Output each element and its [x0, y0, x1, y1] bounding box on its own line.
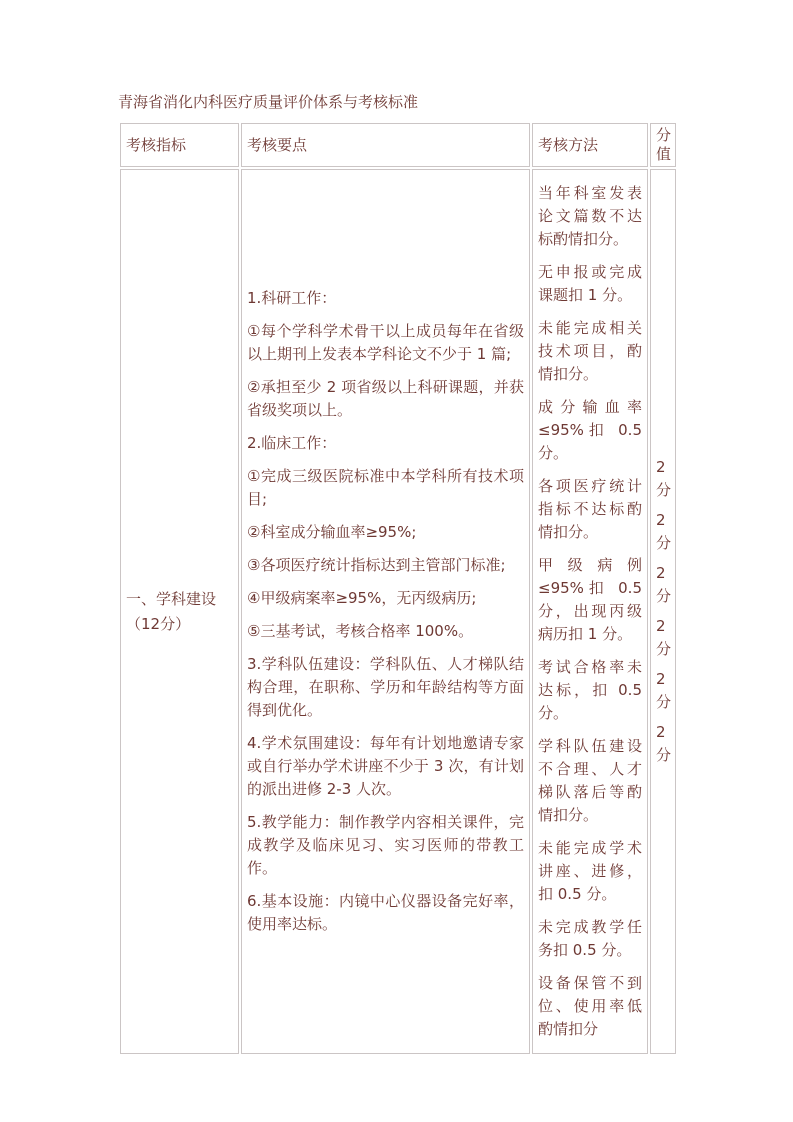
indicator-cell: 一、学科建设（12分）	[120, 169, 239, 1054]
score-value: 2 分	[656, 615, 670, 661]
method-paragraph: 甲级病例≤95%扣 0.5 分，出现丙级病历扣 1 分。	[538, 554, 642, 646]
header-key-points: 考核要点	[241, 123, 530, 167]
key-point-paragraph: 1.科研工作：	[247, 287, 524, 310]
key-point-paragraph: 4.学术氛围建设：每年有计划地邀请专家或自行举办学术讲座不少于 3 次，有计划的…	[247, 732, 524, 801]
key-points-cell: 1.科研工作： ①每个学科学术骨干以上成员每年在省级以上期刊上发表本学科论文不少…	[241, 169, 530, 1054]
header-method: 考核方法	[532, 123, 648, 167]
method-paragraph: 成分输血率≤95%扣 0.5 分。	[538, 396, 642, 465]
method-paragraph: 无申报或完成课题扣 1 分。	[538, 261, 642, 307]
score-value: 2 分	[656, 456, 670, 502]
table-row: 一、学科建设（12分） 1.科研工作： ①每个学科学术骨干以上成员每年在省级以上…	[120, 169, 676, 1054]
assessment-table: 考核指标 考核要点 考核方法 分值 一、学科建设（12分） 1.科研工作： ①每…	[118, 121, 678, 1056]
method-paragraph: 各项医疗统计指标不达标酌情扣分。	[538, 475, 642, 544]
key-point-paragraph: 2.临床工作：	[247, 432, 524, 455]
method-paragraph: 设备保管不到位、使用率低酌情扣分	[538, 972, 642, 1041]
table-header-row: 考核指标 考核要点 考核方法 分值	[120, 123, 676, 167]
key-point-paragraph: ②承担至少 2 项省级以上科研课题，并获省级奖项以上。	[247, 376, 524, 422]
key-point-paragraph: ③各项医疗统计指标达到主管部门标准;	[247, 554, 524, 577]
key-point-paragraph: ①完成三级医院标准中本学科所有技术项目;	[247, 465, 524, 511]
key-point-paragraph: ①每个学科学术骨干以上成员每年在省级以上期刊上发表本学科论文不少于 1 篇;	[247, 320, 524, 366]
methods-cell: 当年科室发表论文篇数不达标酌情扣分。 无申报或完成课题扣 1 分。 未能完成相关…	[532, 169, 648, 1054]
method-paragraph: 当年科室发表论文篇数不达标酌情扣分。	[538, 182, 642, 251]
document-page: 青海省消化内科医疗质量评价体系与考核标准 考核指标 考核要点 考核方法 分值 一…	[118, 92, 678, 1056]
score-value: 2 分	[656, 721, 670, 767]
score-value: 2 分	[656, 668, 670, 714]
method-paragraph: 学科队伍建设不合理、人才梯队落后等酌情扣分。	[538, 735, 642, 827]
key-point-paragraph: ④甲级病案率≥95%，无丙级病历;	[247, 587, 524, 610]
score-value: 2 分	[656, 509, 670, 555]
method-paragraph: 考试合格率未达标，扣 0.5 分。	[538, 656, 642, 725]
method-paragraph: 未完成教学任务扣 0.5 分。	[538, 916, 642, 962]
scores-cell: 2 分 2 分 2 分 2 分 2 分 2 分	[650, 169, 676, 1054]
score-value: 2 分	[656, 562, 670, 608]
key-point-paragraph: 3.学科队伍建设：学科队伍、人才梯队结构合理，在职称、学历和年龄结构等方面得到优…	[247, 653, 524, 722]
key-point-paragraph: 5.教学能力：制作教学内容相关课件，完成教学及临床见习、实习医师的带教工作。	[247, 811, 524, 880]
page-title: 青海省消化内科医疗质量评价体系与考核标准	[118, 92, 678, 112]
method-paragraph: 未能完成学术讲座、进修，扣 0.5 分。	[538, 837, 642, 906]
key-point-paragraph: ②科室成分输血率≥95%;	[247, 521, 524, 544]
method-paragraph: 未能完成相关技术项目，酌情扣分。	[538, 317, 642, 386]
key-point-paragraph: 6.基本设施：内镜中心仪器设备完好率，使用率达标。	[247, 890, 524, 936]
header-score: 分值	[650, 123, 676, 167]
header-indicator: 考核指标	[120, 123, 239, 167]
key-point-paragraph: ⑤三基考试，考核合格率 100%。	[247, 620, 524, 643]
